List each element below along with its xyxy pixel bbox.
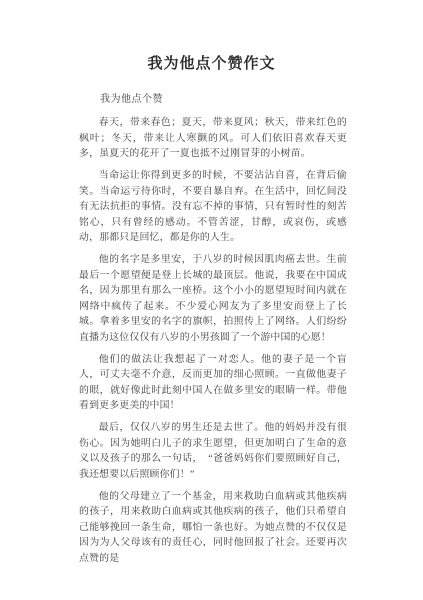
essay-paragraph: 最后，仅仅八岁的男生还是去世了。他的妈妈并没有很伤心。因为她明白儿子的求生愿望，…: [79, 420, 347, 482]
essay-paragraph: 他的名字是多里安，于八岁的时候因肌肉癌去世。生前最后一个愿望便是登上长城的最顶层…: [79, 252, 347, 345]
essay-heading: 我为他点个赞: [79, 92, 347, 107]
essay-paragraph: 他的父母建立了一个基金，用来救助白血病或其他疾病的孩子，用来救助白血病或其他疾病…: [79, 489, 347, 567]
document-title: 我为他点个赞作文: [0, 0, 423, 73]
essay-body: 我为他点个赞 春天，带来春色；夏天，带来夏风；秋天，带来红色的枫叶；冬天，带来让…: [79, 92, 347, 566]
essay-paragraph: 当命运让你得到更多的时候，不要沾沾自喜，在背后偷笑。当命运亏待你时，不要自暴自弃…: [79, 168, 347, 246]
essay-paragraph: 春天，带来春色；夏天，带来夏风；秋天，带来红色的枫叶；冬天，带来让人寒颤的风。可…: [79, 115, 347, 162]
essay-paragraph: 他们的做法让我想起了一对恋人。他的妻子是一个盲人，可丈夫毫不介意，反而更加的细心…: [79, 352, 347, 414]
document-page: 我为他点个赞作文 我为他点个赞 春天，带来春色；夏天，带来夏风；秋天，带来红色的…: [0, 0, 423, 600]
